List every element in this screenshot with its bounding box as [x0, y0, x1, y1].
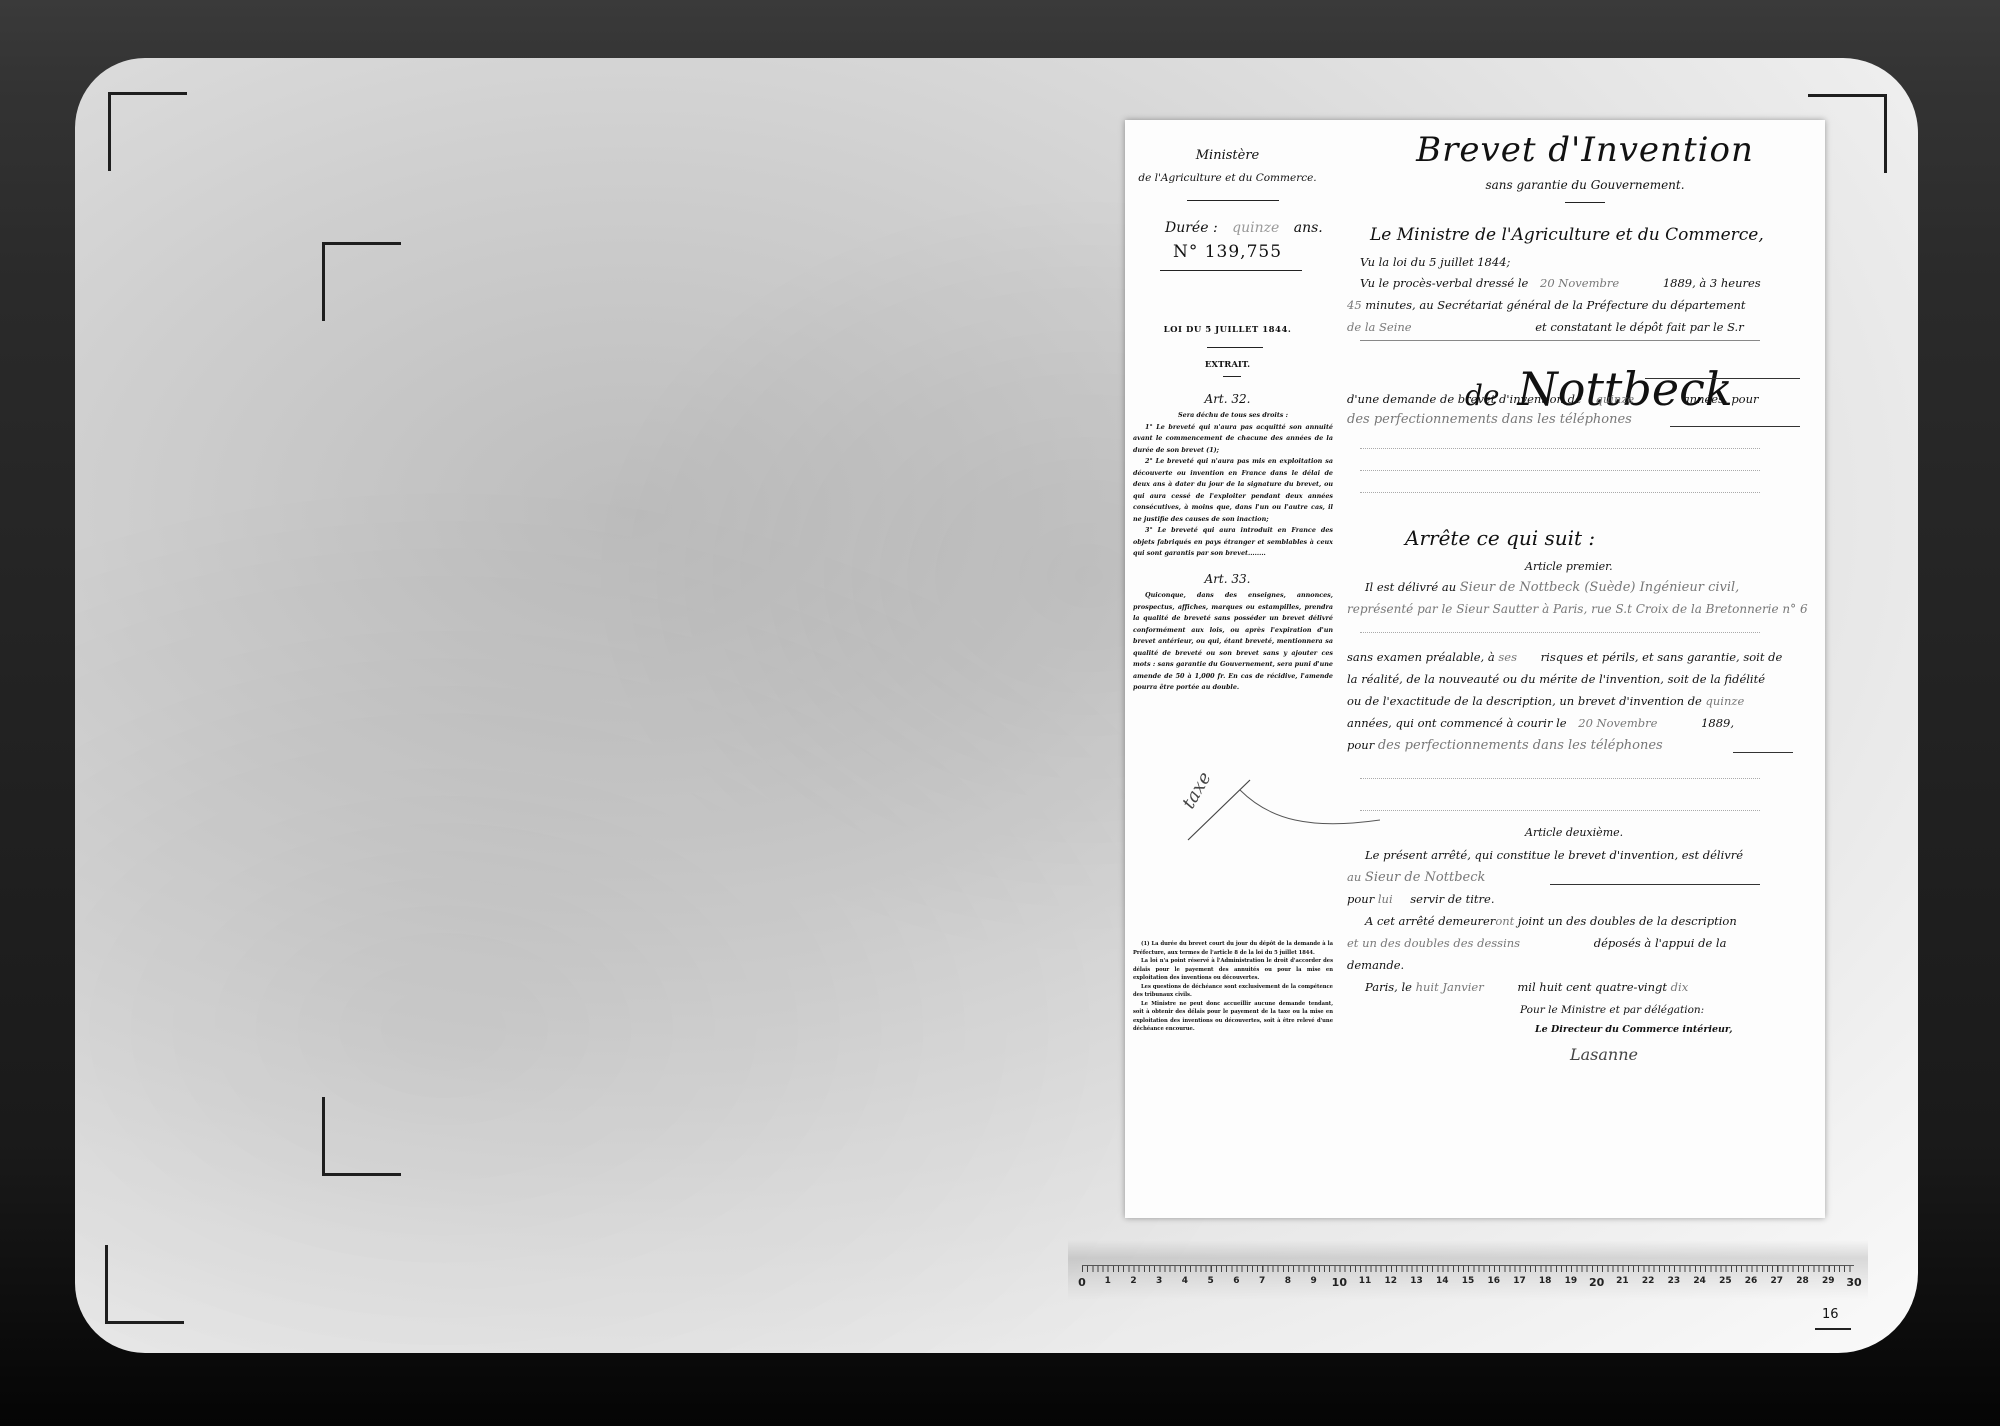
start-date: 20 Novembre: [1578, 716, 1657, 730]
footnote: (1) La durée du brevet court du jour du …: [1133, 940, 1333, 957]
rule: [1645, 378, 1800, 379]
au: au: [1347, 870, 1361, 884]
year-handwritten: dix: [1671, 980, 1689, 994]
ruler-label: 16: [1487, 1276, 1500, 1286]
article2-recipient: au Sieur de Nottbeck: [1347, 870, 1485, 885]
corner-mark-bottom-left: [105, 1245, 184, 1324]
body3: ou de l'exactitude de la description, un…: [1347, 694, 1702, 708]
corner-mark-inner-bottom-left: [322, 1097, 401, 1176]
blank-line: [1360, 810, 1760, 811]
pv-label: Vu le procès-verbal dressé le: [1360, 276, 1528, 290]
document-subtitle: sans garantie du Gouvernement.: [1345, 178, 1825, 192]
duration: Durée : quinze ans.: [1165, 220, 1323, 236]
extrait-divider: [1223, 376, 1241, 377]
ruler-label: 29: [1822, 1276, 1835, 1286]
ruler-label: 25: [1719, 1276, 1732, 1286]
ruler-label: 8: [1285, 1276, 1291, 1286]
ruler-label: 3: [1156, 1276, 1162, 1286]
ruler-label: 2: [1130, 1276, 1136, 1286]
lui: lui: [1378, 892, 1393, 906]
article2-dessins: et un des doubles des dessins déposés à …: [1347, 936, 1726, 950]
rule: [1670, 426, 1800, 427]
corner-mark-top-left: [108, 92, 187, 171]
art32-p2: 2° Le breveté qui n'aura pas mis en expl…: [1133, 456, 1333, 525]
blank-line: [1360, 632, 1760, 633]
body4: années, qui ont commencé à courir le: [1347, 716, 1567, 730]
pour-lui: pour: [1347, 892, 1374, 906]
ruler-label: 15: [1462, 1276, 1475, 1286]
article2-date: Paris, le huit Janvier mil huit cent qua…: [1365, 980, 1688, 994]
body1: sans examen préalable, à: [1347, 650, 1495, 664]
art32-title: Art. 32.: [1125, 392, 1330, 406]
ruler-label: 28: [1796, 1276, 1809, 1286]
applicant-name: deNottbeck: [1465, 362, 1733, 416]
recipient: Sieur de Nottbeck (Suède) Ingénieur civi…: [1460, 580, 1740, 595]
blank-line: [1360, 492, 1760, 493]
ruler-label: 4: [1182, 1276, 1188, 1286]
vu-loi: Vu la loi du 5 juillet 1844;: [1360, 255, 1510, 269]
ruler-label: 26: [1745, 1276, 1758, 1286]
ruler-label: 10: [1332, 1276, 1347, 1289]
patent-document: Ministère de l'Agriculture et du Commerc…: [1125, 120, 1825, 1218]
ruler-label: 5: [1208, 1276, 1214, 1286]
paris: Paris, le: [1365, 980, 1412, 994]
ont: ont: [1495, 914, 1514, 928]
object: des perfectionnements dans les téléphone…: [1378, 738, 1663, 753]
art33-p1: Quiconque, dans des enseignes, annonces,…: [1133, 590, 1333, 694]
art33-text: Quiconque, dans des enseignes, annonces,…: [1133, 590, 1333, 694]
ornament-divider: [1187, 200, 1279, 201]
deposes: déposés à l'appui de la: [1594, 936, 1727, 950]
et-un: et un des doubles des dessins: [1347, 936, 1520, 950]
ruler-ticks: [1082, 1265, 1854, 1272]
art33-title: Art. 33.: [1125, 572, 1330, 586]
ruler-label: 17: [1513, 1276, 1526, 1286]
demeurer: A cet arrêté demeurer: [1365, 914, 1495, 928]
year-text: mil huit cent quatre-vingt: [1517, 980, 1667, 994]
article1-body1: sans examen préalable, à ses risques et …: [1347, 650, 1782, 664]
ruler-label: 1: [1105, 1276, 1111, 1286]
pv-date: 20 Novembre: [1540, 276, 1619, 290]
document-title: Brevet d'Invention: [1345, 130, 1825, 170]
pv-text: minutes, au Secrétariat général de la Pr…: [1365, 298, 1745, 312]
article1-delivre: Il est délivré au Sieur de Nottbeck (Suè…: [1365, 580, 1739, 595]
demande-text: d'une demande de brevet d'invention de: [1347, 392, 1582, 406]
tag-number: 16: [1822, 1307, 1839, 1322]
article1-representative: représenté par le Sieur Sautter à Paris,…: [1347, 602, 1808, 616]
directeur: Le Directeur du Commerce intérieur,: [1535, 1024, 1733, 1035]
article2-heading: Article deuxième.: [1525, 826, 1623, 839]
ministry-line2: de l'Agriculture et du Commerce.: [1125, 172, 1330, 184]
ruler-label: 24: [1693, 1276, 1706, 1286]
director-signature: Lasanne: [1570, 1045, 1638, 1064]
date-day: huit Janvier: [1416, 980, 1484, 994]
ministry-line1: Ministère: [1125, 148, 1330, 163]
start-year: 1889,: [1701, 716, 1734, 730]
art32-p3: 3° Le breveté qui aura introduit en Fran…: [1133, 525, 1333, 560]
ruler-label: 21: [1616, 1276, 1629, 1286]
patent-number: N° 139,755: [1125, 242, 1330, 262]
pv-minutes: 45: [1347, 298, 1362, 312]
ruler-label: 23: [1668, 1276, 1681, 1286]
demande-line: d'une demande de brevet d'invention de q…: [1347, 392, 1759, 406]
ruler-label: 13: [1410, 1276, 1423, 1286]
arrete-heading: Arrête ce qui suit :: [1405, 526, 1595, 550]
ruler-label: 18: [1539, 1276, 1552, 1286]
duration-value: quinze: [1232, 220, 1279, 236]
article1-body4: années, qui ont commencé à courir le 20 …: [1347, 716, 1734, 730]
ses: ses: [1498, 650, 1517, 664]
dept-prefix: de: [1347, 320, 1361, 334]
article2-servir: pour lui servir de titre.: [1347, 892, 1495, 906]
ruler-label: 27: [1771, 1276, 1784, 1286]
footnotes: (1) La durée du brevet court du jour du …: [1133, 940, 1333, 1034]
ruler-label: 0: [1078, 1276, 1086, 1289]
corner-mark-inner-top-left: [322, 242, 401, 321]
duration-unit: ans.: [1294, 220, 1323, 236]
ruler-label: 20: [1589, 1276, 1604, 1289]
ruler-label: 14: [1436, 1276, 1449, 1286]
blank-line: [1360, 470, 1760, 471]
law-divider: [1207, 347, 1263, 348]
departement: la Seine: [1365, 320, 1412, 334]
ruler-label: 6: [1233, 1276, 1239, 1286]
rule: [1550, 884, 1760, 885]
rule: [1360, 340, 1760, 341]
blank-line: [1360, 448, 1760, 449]
duration-label: Durée :: [1165, 220, 1218, 236]
applicant-surname: Nottbeck: [1518, 362, 1733, 416]
law-heading: LOI DU 5 JUILLET 1844.: [1125, 325, 1330, 335]
extrait-heading: EXTRAIT.: [1125, 360, 1330, 370]
blank-line: [1360, 778, 1760, 779]
body1b: risques et périls, et sans garantie, soi…: [1541, 650, 1783, 664]
margin-annotation-scribble: taxe: [1180, 760, 1380, 860]
departement-line: de la Seine et constatant le dépôt fait …: [1347, 320, 1744, 334]
ruler-label: 12: [1385, 1276, 1398, 1286]
article1-heading: Article premier.: [1525, 560, 1613, 573]
delivre-text: Il est délivré au: [1365, 580, 1456, 594]
ruler-label: 11: [1359, 1276, 1372, 1286]
minister-line: Le Ministre de l'Agriculture et du Comme…: [1370, 225, 1764, 245]
number-divider: [1160, 270, 1302, 271]
svg-text:taxe: taxe: [1180, 768, 1216, 812]
article1-pour: pour des perfectionnements dans les télé…: [1347, 738, 1663, 753]
recipient: Sieur de Nottbeck: [1365, 870, 1485, 885]
ruler-label: 9: [1310, 1276, 1316, 1286]
footnote: Le Ministre ne peut donc accueillir aucu…: [1133, 1000, 1333, 1034]
servir: servir de titre.: [1410, 892, 1494, 906]
ruler-label: 7: [1259, 1276, 1265, 1286]
footnote: La loi n'a point réservé à l'Administrat…: [1133, 957, 1333, 983]
invention-object: des perfectionnements dans les téléphone…: [1347, 412, 1632, 427]
pour-le-ministre: Pour le Ministre et par délégation:: [1520, 1004, 1704, 1016]
article2-line1: Le présent arrêté, qui constitue le brev…: [1365, 848, 1743, 862]
rule: [1733, 752, 1793, 753]
demande-suffix: années, pour: [1683, 392, 1759, 406]
depot-text: et constatant le dépôt fait par le S.r: [1535, 320, 1743, 334]
art32-p1: 1° Le breveté qui n'aura pas acquitté so…: [1133, 422, 1333, 457]
tag-underline: [1815, 1328, 1851, 1330]
pour: pour: [1347, 738, 1374, 752]
subtitle-divider: [1565, 202, 1605, 203]
ruler-label: 22: [1642, 1276, 1655, 1286]
ruler-label: 19: [1565, 1276, 1578, 1286]
joint: joint: [1518, 914, 1544, 928]
ruler-label: 30: [1846, 1276, 1861, 1289]
vu-proces-verbal: Vu le procès-verbal dressé le 20 Novembr…: [1360, 276, 1761, 290]
art32-text: Sera déchu de tous ses droits : 1° Le br…: [1133, 410, 1333, 560]
article1-body2: la réalité, de la nouveauté ou du mérite…: [1347, 672, 1765, 686]
years: quinze: [1706, 694, 1745, 708]
article1-body3: ou de l'exactitude de la description, un…: [1347, 694, 1744, 708]
article2-joint: A cet arrêté demeureront joint un des do…: [1365, 914, 1737, 928]
pv-line2: 45 minutes, au Secrétariat général de la…: [1347, 298, 1746, 312]
pv-year: 1889, à 3 heures: [1663, 276, 1761, 290]
demande-years: quinze: [1595, 392, 1634, 406]
art32-intro: Sera déchu de tous ses droits :: [1133, 410, 1333, 422]
article2-demande: demande.: [1347, 958, 1404, 972]
footnote: Les questions de déchéance sont exclusiv…: [1133, 983, 1333, 1000]
measurement-ruler: 0123456789101112131415161718192021222324…: [1068, 1240, 1868, 1300]
line3b: un des doubles de la description: [1548, 914, 1737, 928]
